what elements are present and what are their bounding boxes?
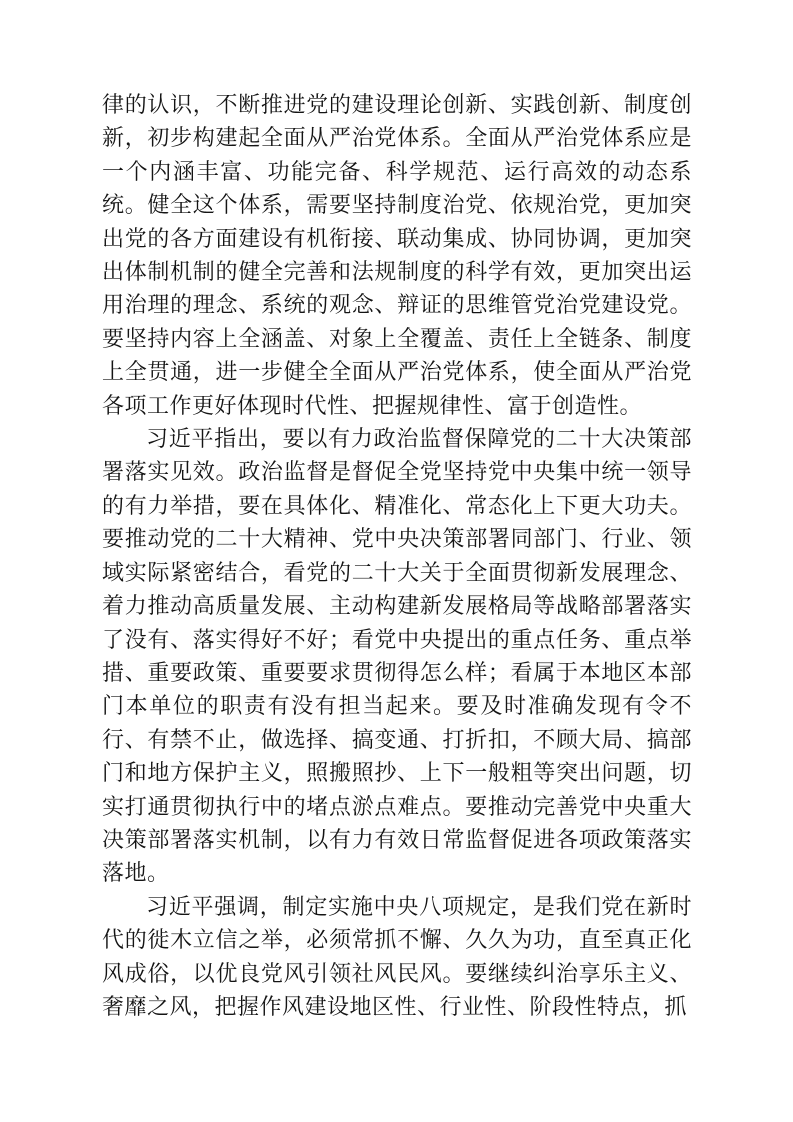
document-text-block: 律的认识，不断推进党的建设理论创新、实践创新、制度创新，初步构建起全面从严治党体… — [102, 88, 692, 1023]
paragraph-political-supervision: 习近平指出，要以有力政治监督保障党的二十大决策部署落实见效。政治监督是督促全党坚… — [102, 422, 692, 890]
document-page: 律的认识，不断推进党的建设理论创新、实践创新、制度创新，初步构建起全面从严治党体… — [0, 0, 793, 1122]
paragraph-eight-point-regulations: 习近平强调，制定实施中央八项规定，是我们党在新时代的徙木立信之举，必须常抓不懈、… — [102, 890, 692, 1024]
paragraph-continuation: 律的认识，不断推进党的建设理论创新、实践创新、制度创新，初步构建起全面从严治党体… — [102, 88, 692, 422]
